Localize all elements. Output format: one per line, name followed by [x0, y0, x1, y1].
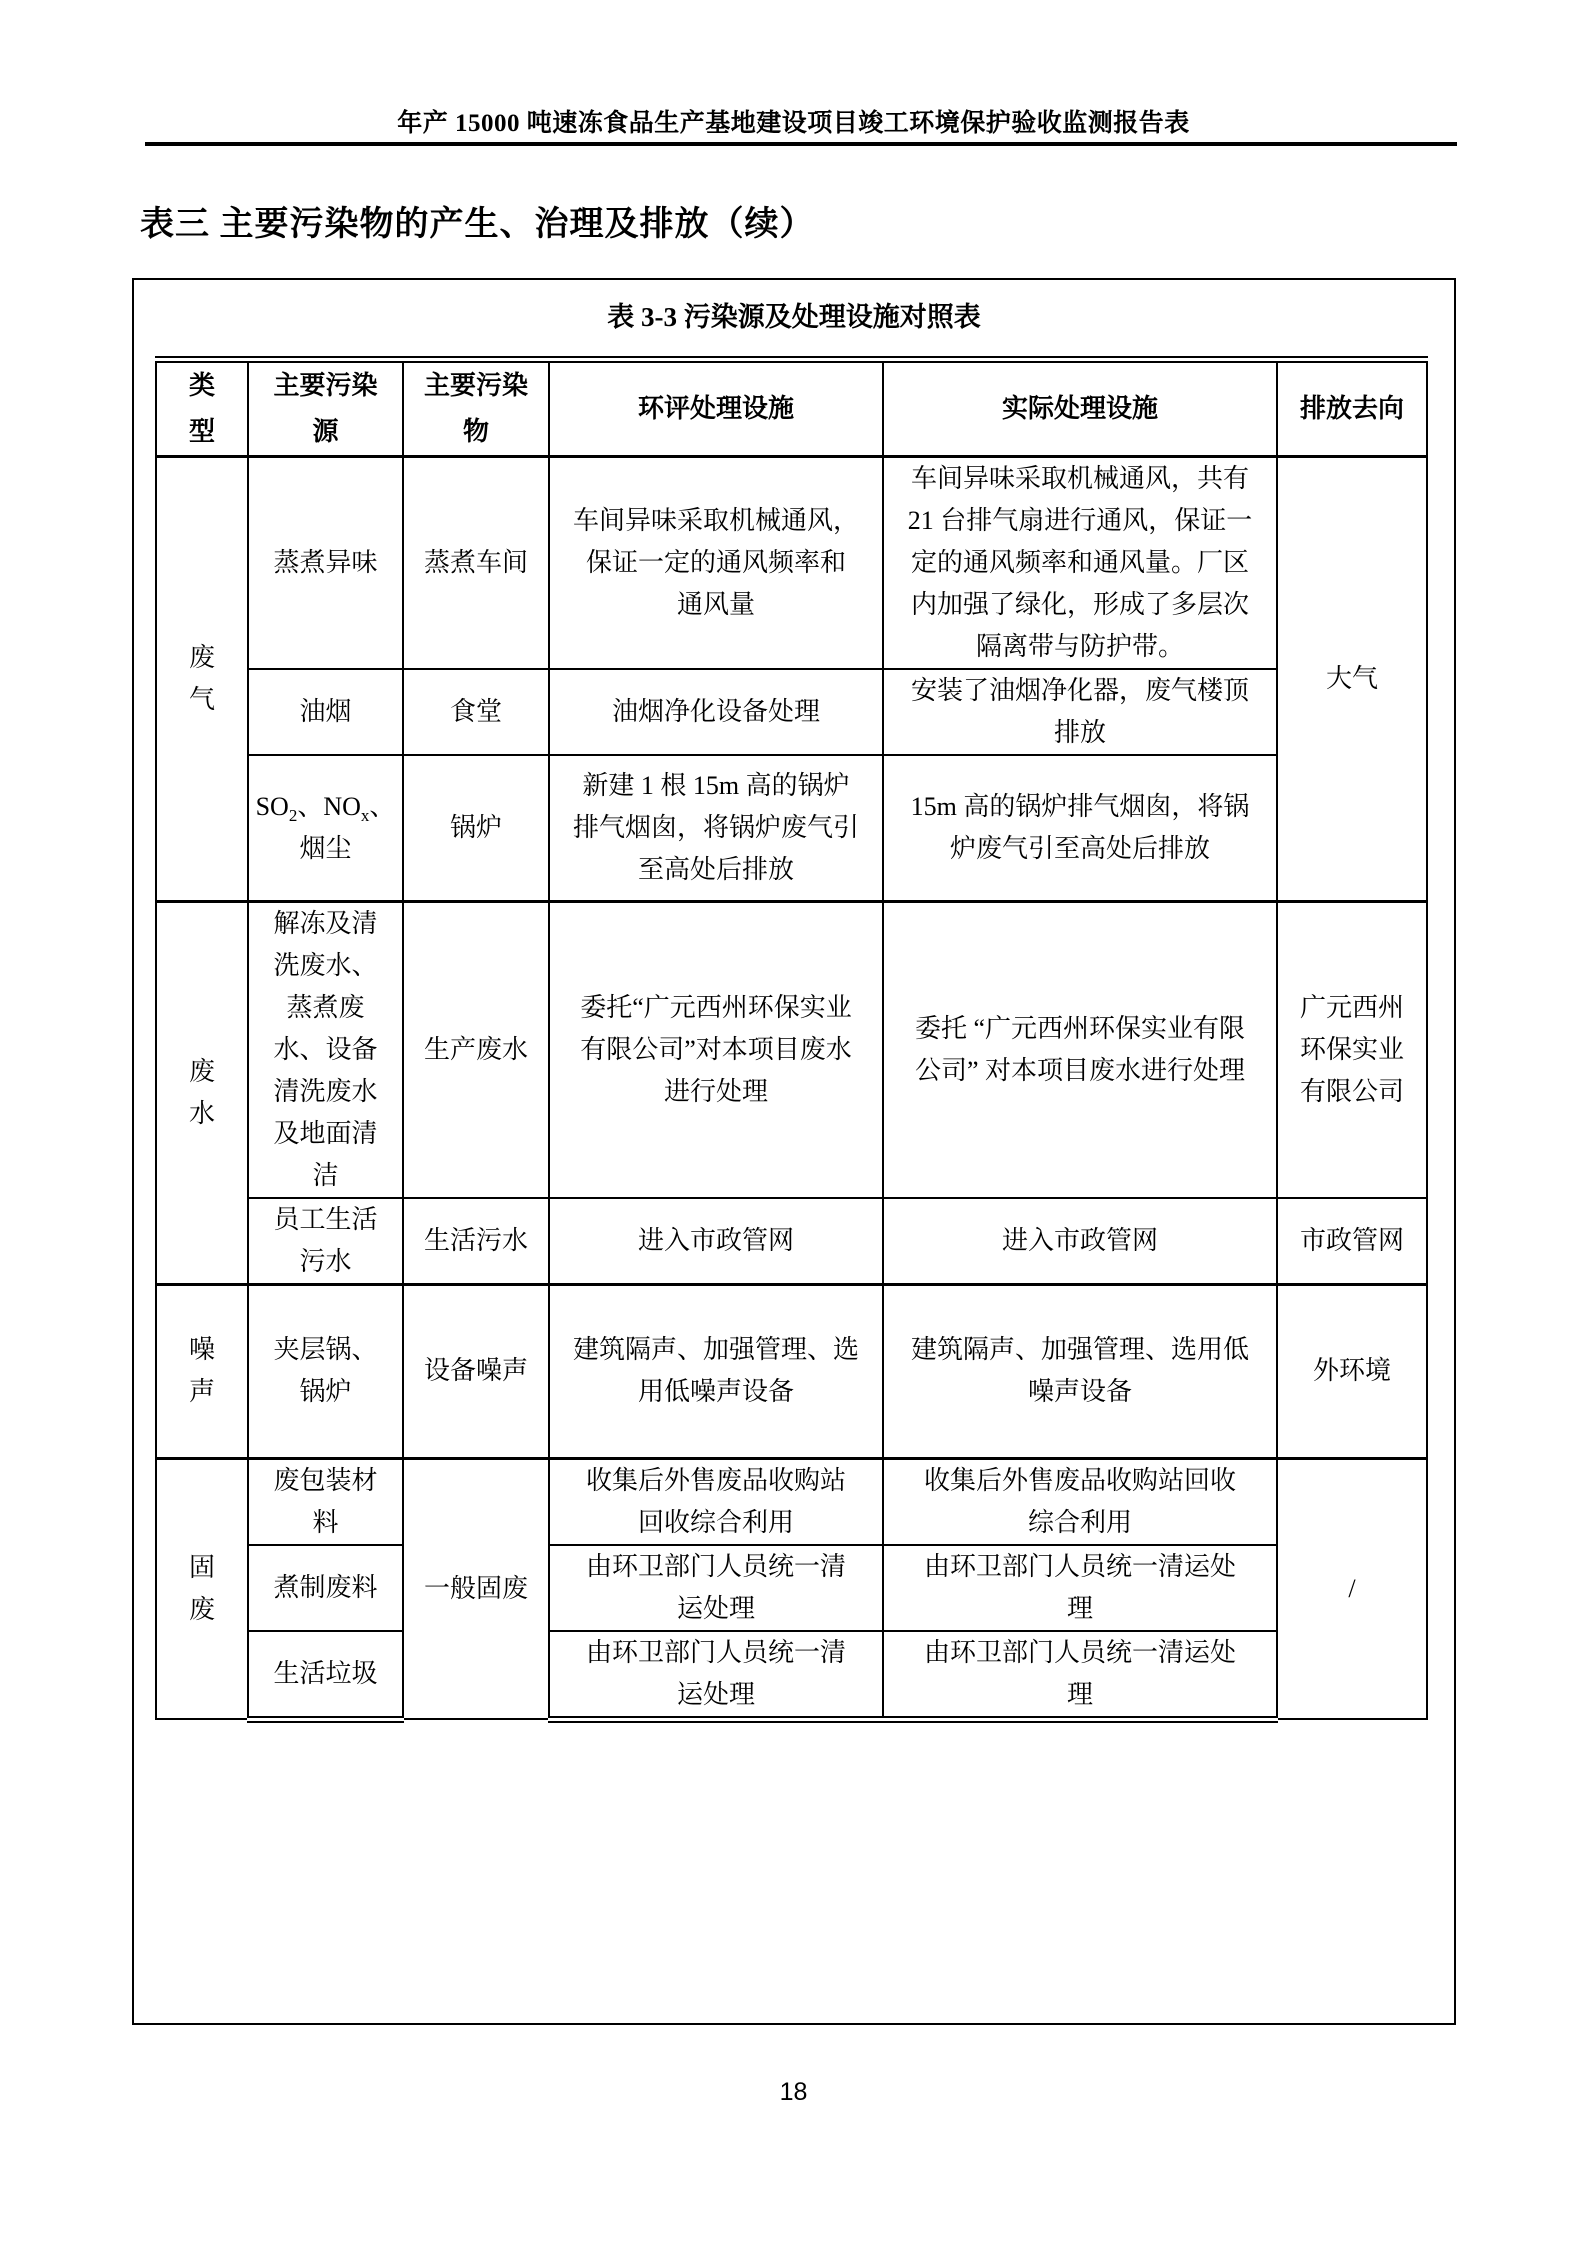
cell-source: 解冻及清 洗废水、 蒸煮废 水、设备 清洗废水 及地面清 洁: [248, 901, 403, 1198]
cell-type-waste-water: 废 水: [156, 901, 248, 1284]
cell-eia-treatment: 进入市政管网: [549, 1198, 883, 1285]
cell-actual-treatment: 15m 高的锅炉排气烟囱，将锅 炉废气引至高处后排放: [883, 755, 1277, 901]
header-pollutant: 主要污染 物: [403, 360, 549, 457]
cell-actual-treatment: 安装了油烟净化器，废气楼顶 排放: [883, 669, 1277, 755]
cell-source-so2-nox: SO2、NOx、烟尘: [248, 755, 403, 901]
header-rule: [145, 142, 1457, 146]
cell-destination: 广元西州 环保实业 有限公司: [1277, 901, 1427, 1198]
document-page: 年产 15000 吨速冻食品生产基地建设项目竣工环境保护验收监测报告表 表三 主…: [0, 0, 1587, 2245]
cell-destination: /: [1277, 1458, 1427, 1719]
cell-destination: 大气: [1277, 457, 1427, 902]
cell-type-noise: 噪 声: [156, 1284, 248, 1458]
cell-eia-treatment: 委托“广元西州环保实业 有限公司”对本项目废水 进行处理: [549, 901, 883, 1198]
cell-actual-treatment: 由环卫部门人员统一清运处 理: [883, 1631, 1277, 1720]
table-row: 废 水 解冻及清 洗废水、 蒸煮废 水、设备 清洗废水 及地面清 洁 生产废水 …: [156, 901, 1427, 1198]
cell-actual-treatment: 建筑隔声、加强管理、选用低 噪声设备: [883, 1284, 1277, 1458]
cell-actual-treatment: 进入市政管网: [883, 1198, 1277, 1285]
cell-actual-treatment: 收集后外售废品收购站回收 综合利用: [883, 1458, 1277, 1545]
section-title: 表三 主要污染物的产生、治理及排放（续）: [140, 196, 815, 245]
cell-actual-treatment: 委托 “广元西州环保实业有限 公司” 对本项目废水进行处理: [883, 901, 1277, 1198]
cell-pollutant: 生活污水: [403, 1198, 549, 1285]
document-header-title: 年产 15000 吨速冻食品生产基地建设项目竣工环境保护验收监测报告表: [0, 103, 1587, 139]
cell-pollutant: 蒸煮车间: [403, 457, 549, 670]
table-row: SO2、NOx、烟尘 锅炉 新建 1 根 15m 高的锅炉 排气烟囱，将锅炉废气…: [156, 755, 1427, 901]
cell-source: 煮制废料: [248, 1545, 403, 1631]
cell-type-waste-gas: 废 气: [156, 457, 248, 902]
table-row: 废 气 蒸煮异味 蒸煮车间 车间异味采取机械通风， 保证一定的通风频率和 通风量…: [156, 457, 1427, 670]
cell-source: 油烟: [248, 669, 403, 755]
cell-pollutant: 设备噪声: [403, 1284, 549, 1458]
cell-eia-treatment: 油烟净化设备处理: [549, 669, 883, 755]
cell-pollutant: 生产废水: [403, 901, 549, 1198]
cell-type-solid-waste: 固 废: [156, 1458, 248, 1719]
cell-actual-treatment: 车间异味采取机械通风，共有 21 台排气扇进行通风，保证一 定的通风频率和通风量…: [883, 457, 1277, 670]
cell-source: 蒸煮异味: [248, 457, 403, 670]
table-row: 生活垃圾 由环卫部门人员统一清 运处理 由环卫部门人员统一清运处 理: [156, 1631, 1427, 1720]
cell-source: 生活垃圾: [248, 1631, 403, 1720]
cell-eia-treatment: 车间异味采取机械通风， 保证一定的通风频率和 通风量: [549, 457, 883, 670]
cell-eia-treatment: 新建 1 根 15m 高的锅炉 排气烟囱，将锅炉废气引 至高处后排放: [549, 755, 883, 901]
table-caption: 表 3-3 污染源及处理设施对照表: [132, 295, 1456, 334]
pollution-treatment-table: 类 型 主要污染 源 主要污染 物 环评处理设施 实际处理设施 排放去向 废 气…: [155, 356, 1428, 1723]
cell-pollutant: 一般固废: [403, 1458, 549, 1719]
cell-destination: 外环境: [1277, 1284, 1427, 1458]
page-number: 18: [0, 2078, 1587, 2107]
table-row: 煮制废料 由环卫部门人员统一清 运处理 由环卫部门人员统一清运处 理: [156, 1545, 1427, 1631]
cell-eia-treatment: 由环卫部门人员统一清 运处理: [549, 1631, 883, 1720]
table-row: 噪 声 夹层锅、 锅炉 设备噪声 建筑隔声、加强管理、选 用低噪声设备 建筑隔声…: [156, 1284, 1427, 1458]
cell-source: 夹层锅、 锅炉: [248, 1284, 403, 1458]
cell-source: 员工生活 污水: [248, 1198, 403, 1285]
cell-source: 废包装材 料: [248, 1458, 403, 1545]
cell-destination: 市政管网: [1277, 1198, 1427, 1285]
header-destination: 排放去向: [1277, 360, 1427, 457]
cell-pollutant: 锅炉: [403, 755, 549, 901]
table-header-row: 类 型 主要污染 源 主要污染 物 环评处理设施 实际处理设施 排放去向: [156, 360, 1427, 457]
header-eia-treatment: 环评处理设施: [549, 360, 883, 457]
header-source: 主要污染 源: [248, 360, 403, 457]
cell-pollutant: 食堂: [403, 669, 549, 755]
header-actual-treatment: 实际处理设施: [883, 360, 1277, 457]
table-row: 固 废 废包装材 料 一般固废 收集后外售废品收购站 回收综合利用 收集后外售废…: [156, 1458, 1427, 1545]
cell-eia-treatment: 收集后外售废品收购站 回收综合利用: [549, 1458, 883, 1545]
header-type: 类 型: [156, 360, 248, 457]
cell-eia-treatment: 建筑隔声、加强管理、选 用低噪声设备: [549, 1284, 883, 1458]
table-row: 油烟 食堂 油烟净化设备处理 安装了油烟净化器，废气楼顶 排放: [156, 669, 1427, 755]
cell-actual-treatment: 由环卫部门人员统一清运处 理: [883, 1545, 1277, 1631]
cell-eia-treatment: 由环卫部门人员统一清 运处理: [549, 1545, 883, 1631]
table-row: 员工生活 污水 生活污水 进入市政管网 进入市政管网 市政管网: [156, 1198, 1427, 1285]
